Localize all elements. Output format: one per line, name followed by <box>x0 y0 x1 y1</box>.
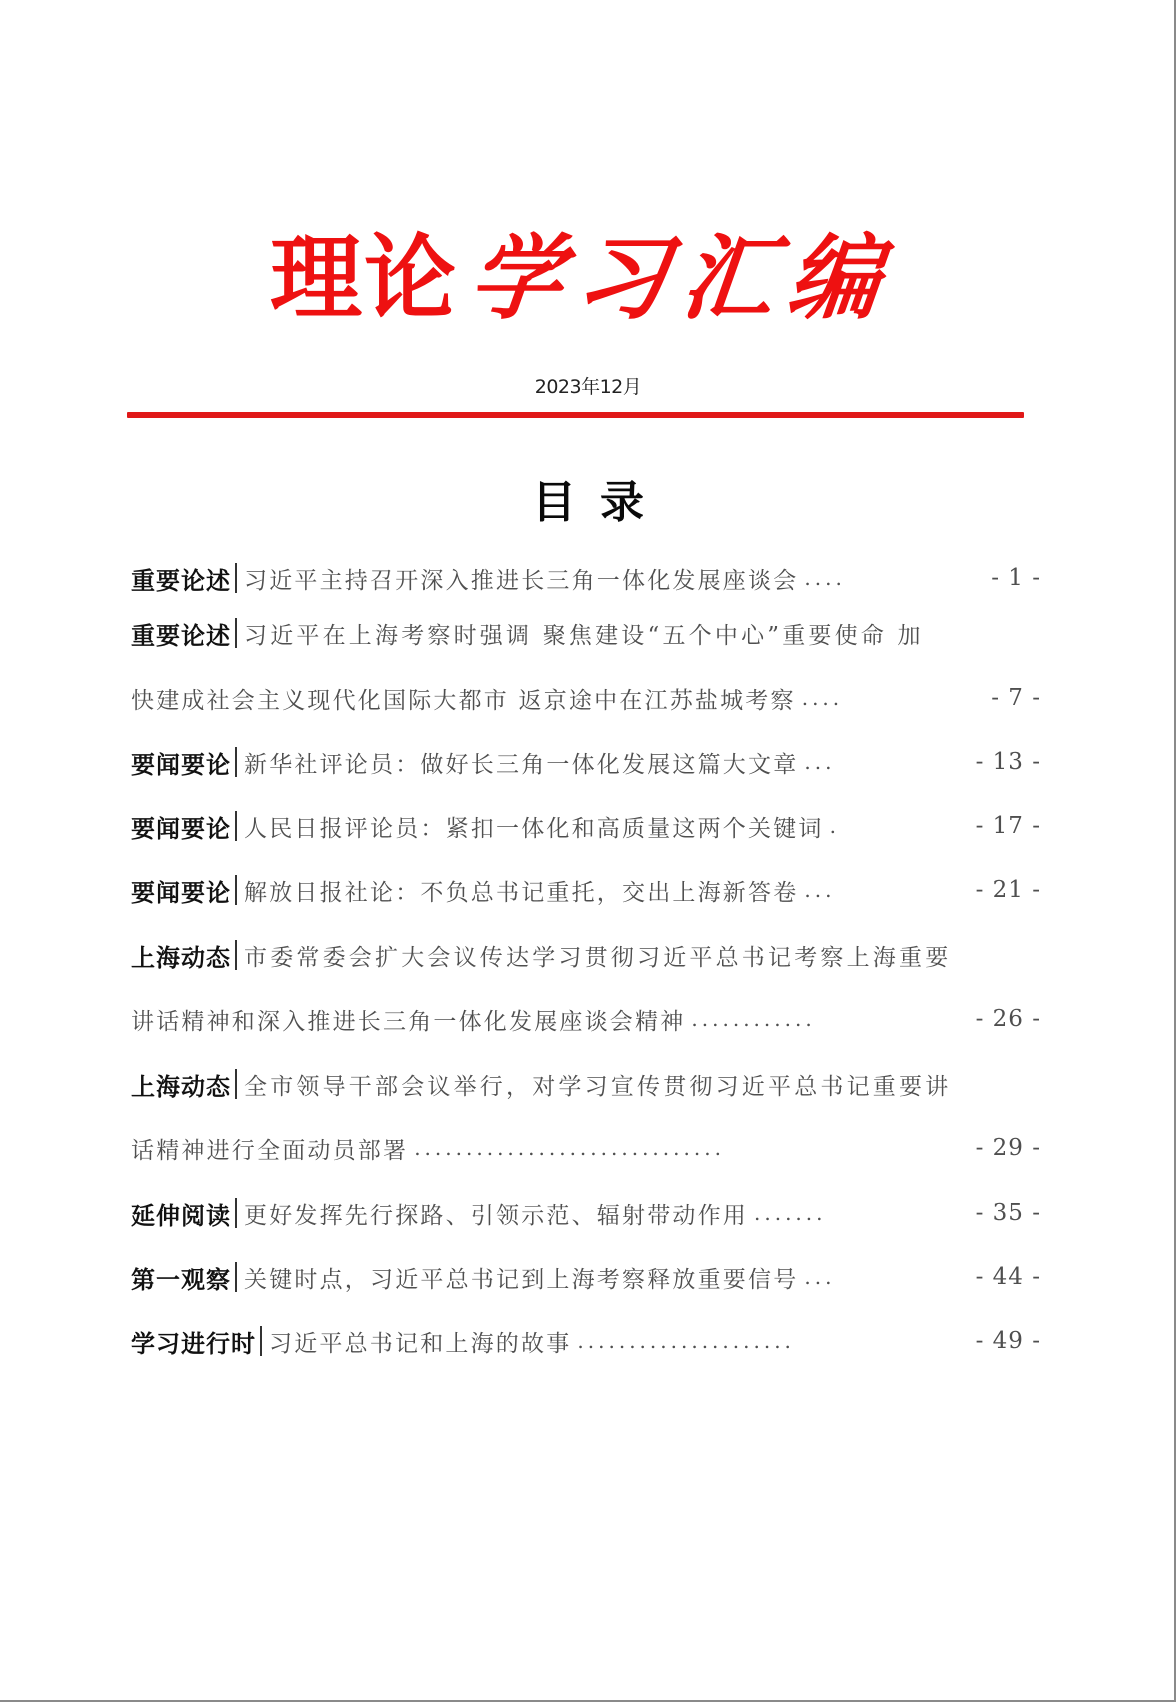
category-separator <box>235 1262 237 1292</box>
toc-entry-title: 习近平总书记和上海的故事 <box>269 1325 571 1358</box>
title-part-regular: 理论 <box>270 232 458 324</box>
toc-category: 上海动态 <box>131 938 231 973</box>
toc-leader-dots: ... <box>804 878 965 902</box>
toc-entry-title-line-1: 市委常委会扩大会议传达学习贯彻习近平总书记考察上海重要 <box>244 939 951 972</box>
red-divider-line <box>127 412 1024 418</box>
title-part-calligraphy: 学习汇编 <box>465 232 899 324</box>
toc-category: 要闻要论 <box>131 873 231 908</box>
toc-page-number: - 44 - <box>976 1264 1041 1290</box>
toc-category: 学习进行时 <box>131 1324 256 1359</box>
toc-page-number: - 1 - <box>991 565 1041 591</box>
category-separator <box>235 875 237 905</box>
category-separator <box>235 940 237 970</box>
toc-entry-6[interactable]: 上海动态 市委常委会扩大会议传达学习贯彻习近平总书记考察上海重要 <box>131 933 1041 977</box>
toc-category: 延伸阅读 <box>131 1196 231 1231</box>
toc-entry-7[interactable]: 上海动态 全市领导干部会议举行，对学习宣传贯彻习近平总书记重要讲 <box>131 1062 1041 1106</box>
toc-entry-8[interactable]: 延伸阅读 更好发挥先行探路、引领示范、辐射带动作用 ....... - 35 - <box>131 1191 1041 1235</box>
toc-leader-dots: ..................... <box>577 1329 965 1353</box>
toc-category: 重要论述 <box>131 616 231 651</box>
toc-entry-title: 人民日报评论员：紧扣一体化和高质量这两个关键词 <box>244 810 824 843</box>
toc-entry-title: 新华社评论员：做好长三角一体化发展这篇大文章 <box>244 746 798 779</box>
toc-page-number: - 49 - <box>976 1328 1041 1354</box>
toc-category: 要闻要论 <box>131 745 231 780</box>
toc-entry-10[interactable]: 学习进行时 习近平总书记和上海的故事 .....................… <box>131 1319 1041 1363</box>
toc-leader-dots: ... <box>804 1265 965 1289</box>
category-separator <box>235 811 237 841</box>
toc-page-number: - 21 - <box>976 877 1041 903</box>
toc-category: 要闻要论 <box>131 809 231 844</box>
toc-page-number: - 35 - <box>976 1200 1041 1226</box>
toc-entry-title: 关键时点，习近平总书记到上海考察释放重要信号 <box>244 1261 798 1294</box>
toc-entry-2-continuation[interactable]: 快建成社会主义现代化国际大都市 返京途中在江苏盐城考察 .... - 7 - <box>131 676 1041 720</box>
document-title: 理论 学习汇编 <box>270 218 890 338</box>
toc-entry-title: 习近平主持召开深入推进长三角一体化发展座谈会 <box>244 562 798 595</box>
toc-heading: 目录 <box>0 466 1176 530</box>
toc-entry-3[interactable]: 要闻要论 新华社评论员：做好长三角一体化发展这篇大文章 ... - 13 - <box>131 740 1041 784</box>
toc-entry-6-continuation[interactable]: 讲话精神和深入推进长三角一体化发展座谈会精神 ............ - 26… <box>131 997 1041 1041</box>
toc-leader-dots: ... <box>804 750 965 774</box>
toc-page-number: - 7 - <box>991 685 1041 711</box>
issue-date: 2023年12月 <box>0 372 1176 399</box>
toc-entry-title-line-2: 讲话精神和深入推进长三角一体化发展座谈会精神 <box>131 1003 685 1036</box>
toc-entry-2[interactable]: 重要论述 习近平在上海考察时强调 聚焦建设“五个中心”重要使命 加 <box>131 611 1041 655</box>
category-separator <box>235 563 237 593</box>
toc-category: 第一观察 <box>131 1260 231 1295</box>
category-separator <box>235 1198 237 1228</box>
toc-category: 上海动态 <box>131 1067 231 1102</box>
toc-leader-dots: ....... <box>754 1201 966 1225</box>
toc-entry-title-line-1: 习近平在上海考察时强调 聚焦建设“五个中心”重要使命 加 <box>244 617 924 650</box>
toc-entry-title-line-1: 全市领导干部会议举行，对学习宣传贯彻习近平总书记重要讲 <box>244 1068 951 1101</box>
toc-entry-title-line-2: 快建成社会主义现代化国际大都市 返京途中在江苏盐城考察 <box>131 682 796 715</box>
toc-page-number: - 13 - <box>976 749 1041 775</box>
document-page: 理论 学习汇编 2023年12月 目录 重要论述 习近平主持召开深入推进长三角一… <box>0 0 1176 1702</box>
toc-leader-dots: .... <box>804 566 981 590</box>
category-separator <box>235 747 237 777</box>
toc-page-number: - 17 - <box>976 813 1041 839</box>
category-separator <box>235 618 237 648</box>
toc-entry-title: 更好发挥先行探路、引领示范、辐射带动作用 <box>244 1197 748 1230</box>
toc-entry-1[interactable]: 重要论述 习近平主持召开深入推进长三角一体化发展座谈会 .... - 1 - <box>131 556 1041 600</box>
toc-leader-dots: . <box>830 814 966 838</box>
toc-entry-4[interactable]: 要闻要论 人民日报评论员：紧扣一体化和高质量这两个关键词 . - 17 - <box>131 804 1041 848</box>
toc-leader-dots: .............................. <box>414 1136 965 1160</box>
toc-page-number: - 29 - <box>976 1135 1041 1161</box>
toc-entry-title: 解放日报社论：不负总书记重托，交出上海新答卷 <box>244 874 798 907</box>
toc-entry-5[interactable]: 要闻要论 解放日报社论：不负总书记重托，交出上海新答卷 ... - 21 - <box>131 868 1041 912</box>
toc-page-number: - 26 - <box>976 1006 1041 1032</box>
category-separator <box>260 1326 262 1356</box>
toc-entry-9[interactable]: 第一观察 关键时点，习近平总书记到上海考察释放重要信号 ... - 44 - <box>131 1255 1041 1299</box>
toc-entry-7-continuation[interactable]: 话精神进行全面动员部署 ............................… <box>131 1126 1041 1170</box>
toc-entry-title-line-2: 话精神进行全面动员部署 <box>131 1132 408 1165</box>
toc-leader-dots: ............ <box>691 1007 965 1031</box>
category-separator <box>235 1069 237 1099</box>
toc-category: 重要论述 <box>131 561 231 596</box>
toc-leader-dots: .... <box>802 686 981 710</box>
